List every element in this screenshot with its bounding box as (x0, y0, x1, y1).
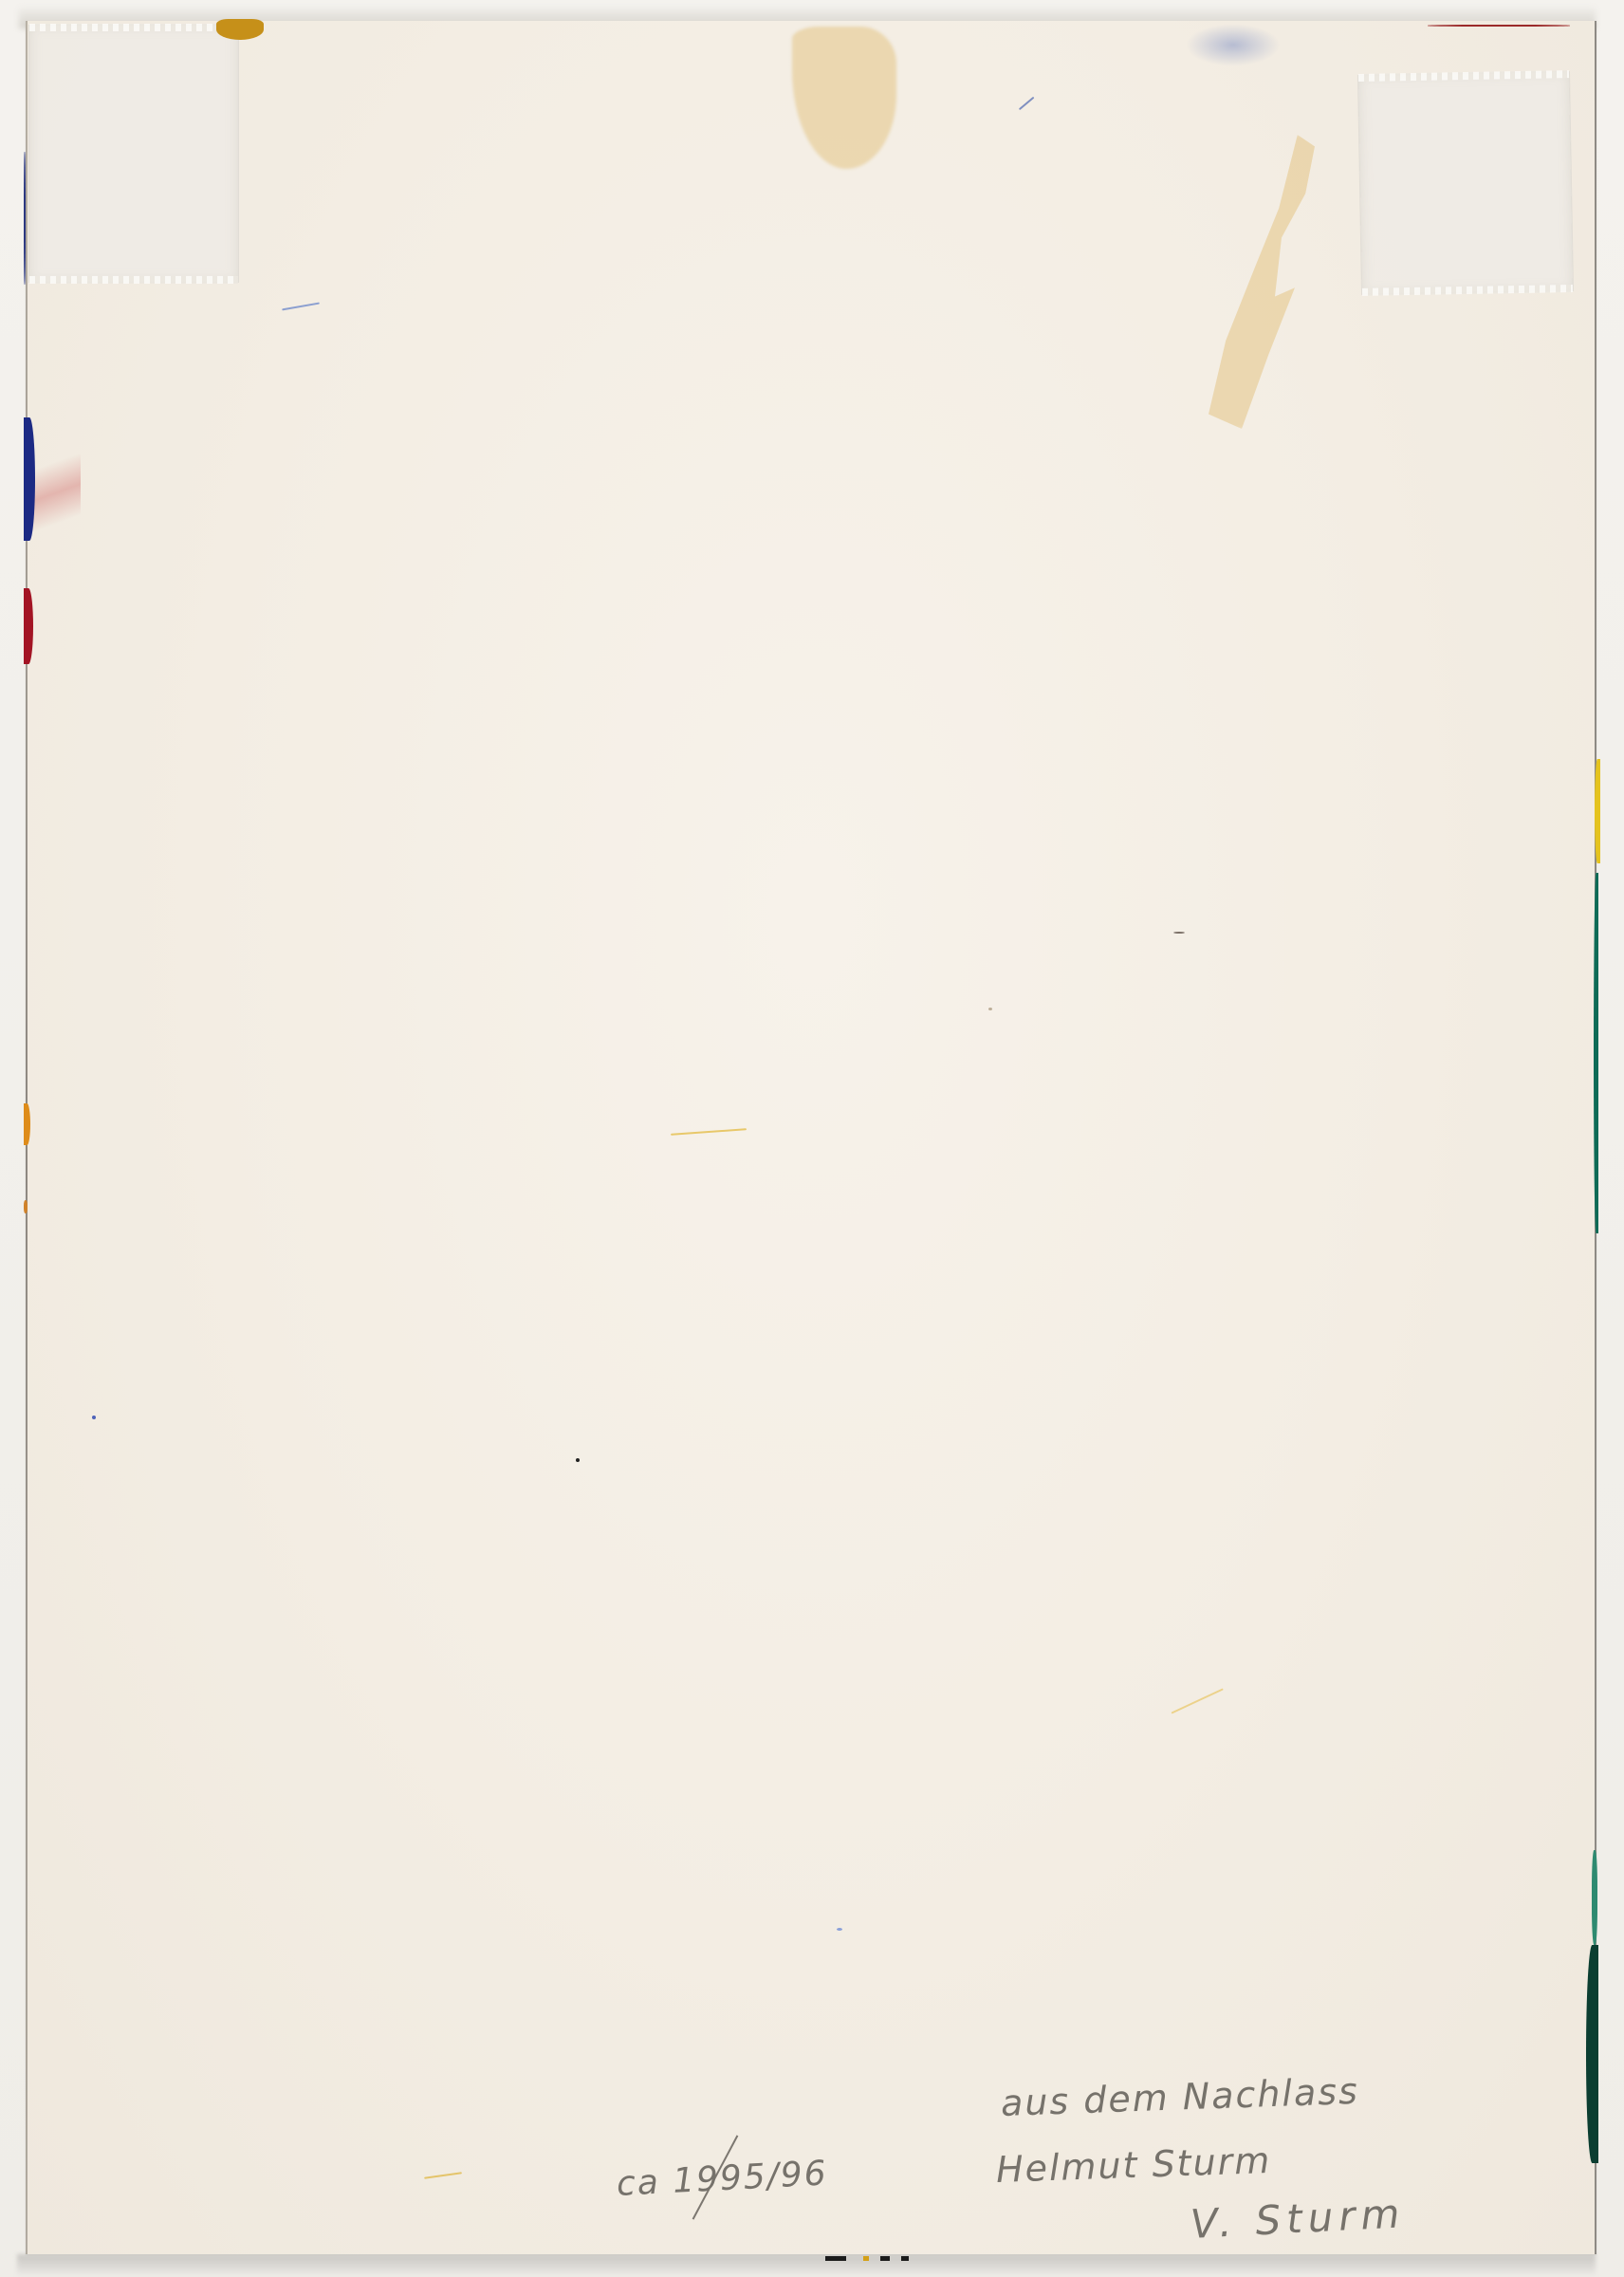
pencil-mark (1019, 97, 1034, 110)
paint-drip-dark-green (1586, 1945, 1598, 2163)
paint-hairline (424, 2172, 462, 2178)
paint-drip-red (24, 588, 33, 664)
paint-drip-green (1594, 873, 1598, 1233)
paint-line-blue (24, 152, 26, 285)
water-stain-streak (1202, 135, 1335, 429)
paint-drip-green (1592, 1850, 1597, 1945)
paint-drip-orange (24, 1200, 28, 1213)
paint-hairline (1171, 1688, 1223, 1713)
tape-hinge-top-right (1357, 71, 1574, 295)
bottom-edge-marks (825, 2256, 911, 2264)
paper-sheet (26, 21, 1596, 2254)
paint-line-red (1428, 25, 1570, 27)
paint-drip-yellow (1595, 759, 1600, 863)
speck (1173, 932, 1185, 934)
speck (576, 1458, 580, 1462)
paint-spray-red (28, 346, 81, 640)
speck (837, 1928, 842, 1931)
paint-spray-blue (1186, 24, 1281, 66)
paint-hairline (671, 1128, 747, 1135)
tape-torn-edge (29, 276, 238, 284)
speck (92, 1416, 96, 1419)
tape-torn-edge (29, 24, 238, 31)
pencil-mark (282, 303, 320, 310)
tape-torn-edge (1358, 70, 1569, 82)
tape-hinge-top-left (28, 25, 239, 283)
water-stain-top (792, 27, 896, 169)
paint-drip-orange (24, 1103, 30, 1145)
speck (988, 1008, 992, 1010)
tape-torn-edge (1362, 285, 1573, 296)
bottom-shadow (17, 2254, 1596, 2277)
paint-drip-blue (24, 417, 35, 541)
paint-drip-ochre (216, 19, 264, 40)
